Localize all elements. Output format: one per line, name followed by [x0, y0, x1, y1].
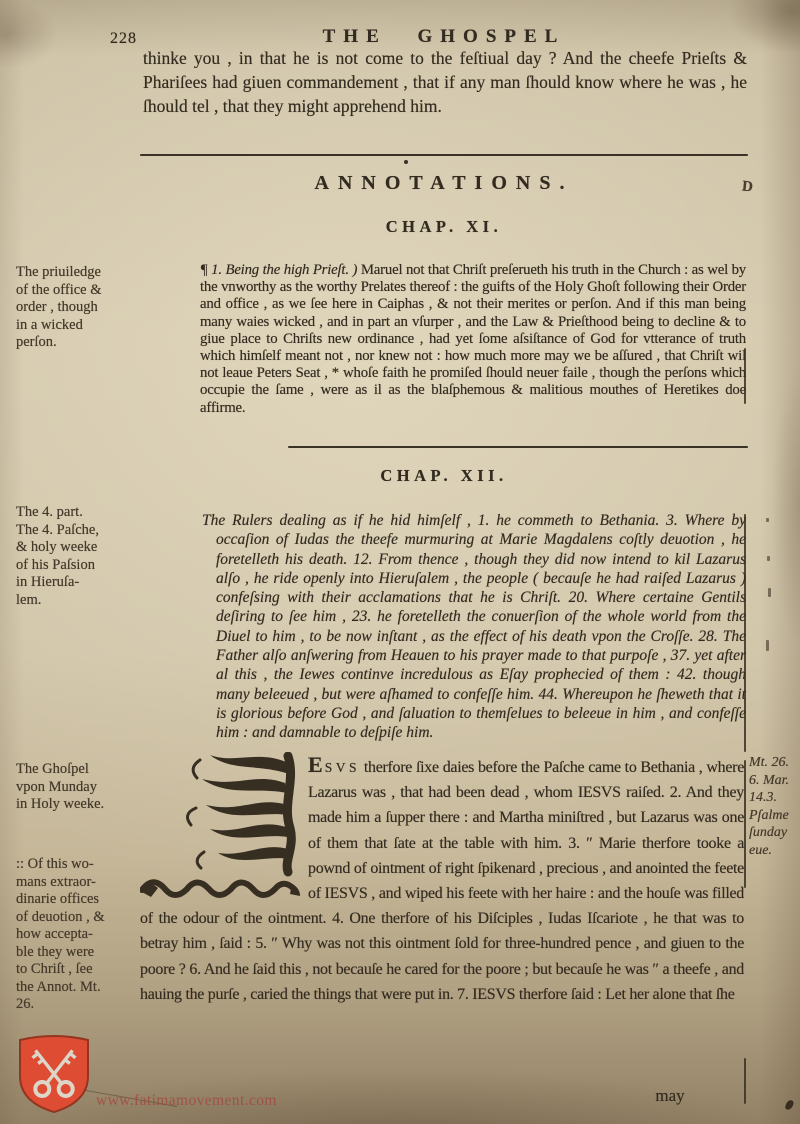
margin-note-references: Mt. 26. 6. Mar. 14.3. Pſalme ſunday eue. [749, 754, 799, 859]
signature-mark: D [741, 178, 754, 196]
column-rule-segment [744, 348, 746, 404]
page-number: 228 [110, 30, 137, 48]
column-rule-segment [744, 514, 746, 752]
ink-blot [785, 1099, 795, 1111]
margin-note-chap12: The 4. part. The 4. Paſche, & holy weeke… [16, 504, 188, 609]
page-edge-mark [766, 518, 769, 522]
page-edge-mark [766, 640, 769, 651]
chapter-12-summary: The Rulers dealing as if he hid himſelf … [202, 511, 746, 743]
annotations-title: ANNOTATIONS. [140, 172, 748, 195]
chapter-11-heading: CHAP. XI. [140, 217, 748, 237]
crossed-keys-icon [14, 1030, 94, 1116]
horizontal-rule [140, 154, 748, 156]
catchword: may [620, 1086, 720, 1106]
watermark-shield [14, 1030, 94, 1121]
page-edge-mark [768, 588, 771, 597]
column-rule-segment [744, 1058, 746, 1104]
column-rule-segment [744, 760, 746, 888]
chapter-12-heading: CHAP. XII. [140, 466, 748, 486]
margin-note-chap11: The priuiledge of the office & order , t… [16, 264, 188, 352]
horizontal-rule-2 [288, 446, 748, 448]
annotation-lemma: ¶ 1. Being the high Prieſt. ) [200, 262, 357, 278]
running-head: THE GHOSPEL [140, 26, 748, 48]
scanned-page: 228 THE GHOSPEL thinke you , in that he … [0, 0, 800, 1124]
annotation-paragraph: ¶ 1. Being the high Prieſt. ) Maruel not… [200, 262, 746, 417]
intro-paragraph: thinke you , in that he is not come to t… [143, 46, 747, 118]
watermark-url: www.fatimamovement.com [96, 1092, 277, 1110]
gospel-paragraph: Esvs therfore ſixe daies before the Paſc… [140, 752, 744, 1007]
page-edge-mark [767, 556, 770, 561]
rule-dot-ornament [404, 160, 408, 164]
woodcut-initial-icon [140, 752, 302, 902]
annotation-body-text: Maruel not that Chriſt preſerueth his tr… [200, 262, 746, 416]
drop-cap-lead-smallcaps: svs [325, 760, 360, 775]
drop-cap-lead-letter: E [308, 752, 325, 777]
woodcut-initial-I [140, 752, 302, 902]
